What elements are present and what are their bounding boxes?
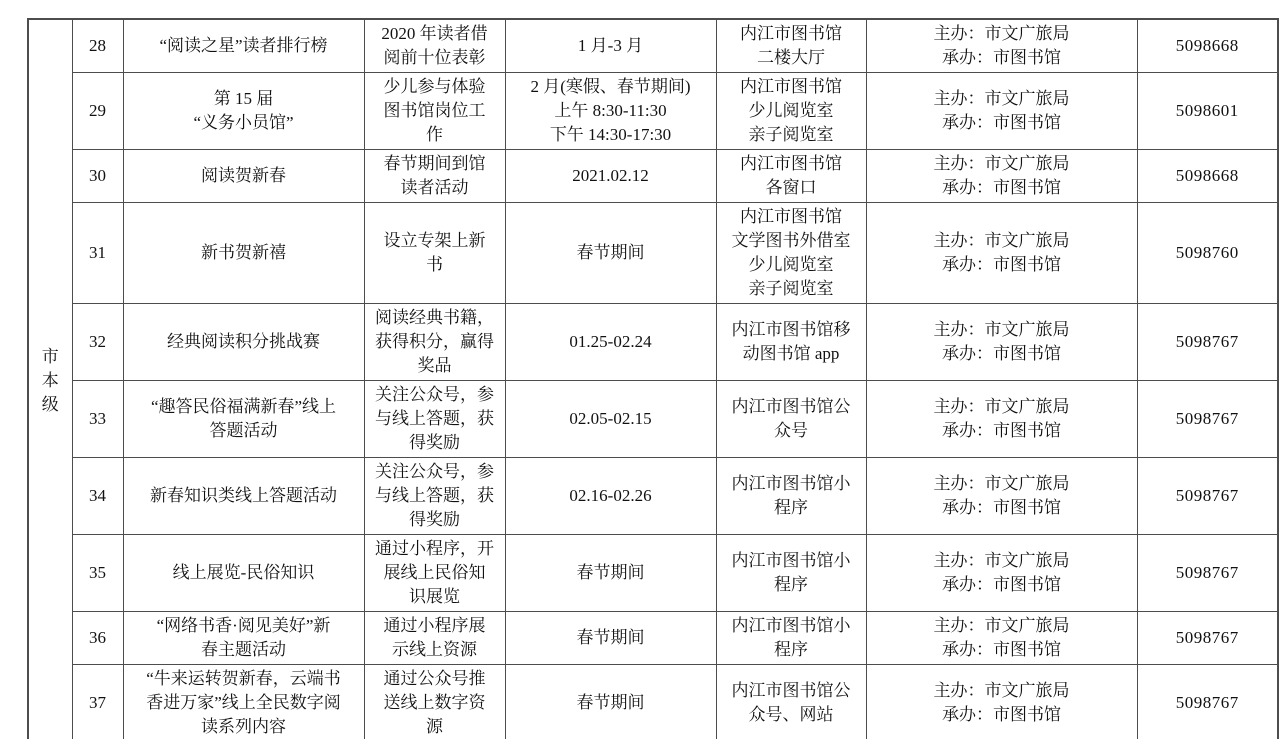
phone-number-cell: 5098601 bbox=[1137, 73, 1278, 150]
row-number-cell: 28 bbox=[72, 19, 123, 73]
activity-time-cell: 02.05-02.15 bbox=[505, 381, 716, 458]
row-number-cell: 34 bbox=[72, 458, 123, 535]
phone-number-cell: 5098668 bbox=[1137, 19, 1278, 73]
activity-content-cell: 关注公众号，参 与线上答题，获 得奖励 bbox=[364, 381, 505, 458]
activity-name-cell: 线上展览-民俗知识 bbox=[123, 535, 364, 612]
phone-number-cell: 5098767 bbox=[1137, 458, 1278, 535]
row-number-cell: 30 bbox=[72, 150, 123, 203]
activity-name-cell: “阅读之星”读者排行榜 bbox=[123, 19, 364, 73]
table-row: 31新书贺新禧设立专架上新 书春节期间内江市图书馆 文学图书外借室 少儿阅览室 … bbox=[28, 203, 1278, 304]
organizer-cell: 主办：市文广旅局 承办：市图书馆 bbox=[866, 150, 1137, 203]
row-number-cell: 32 bbox=[72, 304, 123, 381]
table-row: 市 本 级28“阅读之星”读者排行榜2020 年读者借 阅前十位表彰1 月-3 … bbox=[28, 19, 1278, 73]
activity-name-cell: 新春知识类线上答题活动 bbox=[123, 458, 364, 535]
activity-name-cell: 新书贺新禧 bbox=[123, 203, 364, 304]
table-row: 34新春知识类线上答题活动关注公众号，参 与线上答题，获 得奖励02.16-02… bbox=[28, 458, 1278, 535]
activity-location-cell: 内江市图书馆 文学图书外借室 少儿阅览室 亲子阅览室 bbox=[716, 203, 866, 304]
organizer-cell: 主办：市文广旅局 承办：市图书馆 bbox=[866, 19, 1137, 73]
phone-number-cell: 5098767 bbox=[1137, 381, 1278, 458]
table-row: 30阅读贺新春春节期间到馆 读者活动2021.02.12内江市图书馆 各窗口主办… bbox=[28, 150, 1278, 203]
activity-content-cell: 设立专架上新 书 bbox=[364, 203, 505, 304]
organizer-cell: 主办：市文广旅局 承办：市图书馆 bbox=[866, 304, 1137, 381]
activity-content-cell: 少儿参与体验 图书馆岗位工 作 bbox=[364, 73, 505, 150]
activity-content-cell: 春节期间到馆 读者活动 bbox=[364, 150, 505, 203]
phone-number-cell: 5098767 bbox=[1137, 665, 1278, 739]
region-label-cell: 市 本 级 bbox=[28, 19, 72, 739]
activities-table-body: 市 本 级28“阅读之星”读者排行榜2020 年读者借 阅前十位表彰1 月-3 … bbox=[28, 19, 1278, 739]
table-row: 33“趣答民俗福满新春”线上 答题活动关注公众号，参 与线上答题，获 得奖励02… bbox=[28, 381, 1278, 458]
row-number-cell: 35 bbox=[72, 535, 123, 612]
phone-number-cell: 5098668 bbox=[1137, 150, 1278, 203]
activity-location-cell: 内江市图书馆移 动图书馆 app bbox=[716, 304, 866, 381]
activity-name-cell: 阅读贺新春 bbox=[123, 150, 364, 203]
activity-location-cell: 内江市图书馆 少儿阅览室 亲子阅览室 bbox=[716, 73, 866, 150]
table-row: 32经典阅读积分挑战赛阅读经典书籍， 获得积分，赢得 奖品01.25-02.24… bbox=[28, 304, 1278, 381]
activity-location-cell: 内江市图书馆小 程序 bbox=[716, 612, 866, 665]
activity-location-cell: 内江市图书馆 二楼大厅 bbox=[716, 19, 866, 73]
activity-time-cell: 春节期间 bbox=[505, 612, 716, 665]
phone-number-cell: 5098767 bbox=[1137, 535, 1278, 612]
activity-content-cell: 通过小程序，开 展线上民俗知 识展览 bbox=[364, 535, 505, 612]
activity-location-cell: 内江市图书馆小 程序 bbox=[716, 458, 866, 535]
row-number-cell: 33 bbox=[72, 381, 123, 458]
activity-name-cell: “牛来运转贺新春，云端书 香进万家”线上全民数字阅 读系列内容 bbox=[123, 665, 364, 739]
organizer-cell: 主办：市文广旅局 承办：市图书馆 bbox=[866, 665, 1137, 739]
activity-location-cell: 内江市图书馆公 众号、网站 bbox=[716, 665, 866, 739]
activity-content-cell: 2020 年读者借 阅前十位表彰 bbox=[364, 19, 505, 73]
activity-location-cell: 内江市图书馆公 众号 bbox=[716, 381, 866, 458]
phone-number-cell: 5098767 bbox=[1137, 304, 1278, 381]
activity-time-cell: 1 月-3 月 bbox=[505, 19, 716, 73]
activity-content-cell: 阅读经典书籍， 获得积分，赢得 奖品 bbox=[364, 304, 505, 381]
activity-name-cell: 第 15 届 “义务小员馆” bbox=[123, 73, 364, 150]
row-number-cell: 37 bbox=[72, 665, 123, 739]
organizer-cell: 主办：市文广旅局 承办：市图书馆 bbox=[866, 612, 1137, 665]
activities-table: 市 本 级28“阅读之星”读者排行榜2020 年读者借 阅前十位表彰1 月-3 … bbox=[27, 18, 1279, 739]
activity-time-cell: 01.25-02.24 bbox=[505, 304, 716, 381]
organizer-cell: 主办：市文广旅局 承办：市图书馆 bbox=[866, 203, 1137, 304]
organizer-cell: 主办：市文广旅局 承办：市图书馆 bbox=[866, 73, 1137, 150]
activity-time-cell: 2 月(寒假、春节期间) 上午 8:30-11:30 下午 14:30-17:3… bbox=[505, 73, 716, 150]
activity-time-cell: 春节期间 bbox=[505, 665, 716, 739]
activity-content-cell: 关注公众号，参 与线上答题，获 得奖励 bbox=[364, 458, 505, 535]
organizer-cell: 主办：市文广旅局 承办：市图书馆 bbox=[866, 381, 1137, 458]
organizer-cell: 主办：市文广旅局 承办：市图书馆 bbox=[866, 458, 1137, 535]
activity-name-cell: “网络书香·阅见美好”新 春主题活动 bbox=[123, 612, 364, 665]
document-page: 市 本 级28“阅读之星”读者排行榜2020 年读者借 阅前十位表彰1 月-3 … bbox=[0, 0, 1280, 739]
activity-location-cell: 内江市图书馆 各窗口 bbox=[716, 150, 866, 203]
activity-content-cell: 通过小程序展 示线上资源 bbox=[364, 612, 505, 665]
row-number-cell: 36 bbox=[72, 612, 123, 665]
activity-time-cell: 2021.02.12 bbox=[505, 150, 716, 203]
table-row: 29第 15 届 “义务小员馆”少儿参与体验 图书馆岗位工 作2 月(寒假、春节… bbox=[28, 73, 1278, 150]
activity-location-cell: 内江市图书馆小 程序 bbox=[716, 535, 866, 612]
row-number-cell: 29 bbox=[72, 73, 123, 150]
organizer-cell: 主办：市文广旅局 承办：市图书馆 bbox=[866, 535, 1137, 612]
activity-content-cell: 通过公众号推 送线上数字资 源 bbox=[364, 665, 505, 739]
activity-time-cell: 春节期间 bbox=[505, 535, 716, 612]
table-row: 37“牛来运转贺新春，云端书 香进万家”线上全民数字阅 读系列内容通过公众号推 … bbox=[28, 665, 1278, 739]
table-row: 36“网络书香·阅见美好”新 春主题活动通过小程序展 示线上资源春节期间内江市图… bbox=[28, 612, 1278, 665]
activity-name-cell: 经典阅读积分挑战赛 bbox=[123, 304, 364, 381]
row-number-cell: 31 bbox=[72, 203, 123, 304]
activity-name-cell: “趣答民俗福满新春”线上 答题活动 bbox=[123, 381, 364, 458]
activity-time-cell: 春节期间 bbox=[505, 203, 716, 304]
phone-number-cell: 5098760 bbox=[1137, 203, 1278, 304]
activity-time-cell: 02.16-02.26 bbox=[505, 458, 716, 535]
table-row: 35线上展览-民俗知识通过小程序，开 展线上民俗知 识展览春节期间内江市图书馆小… bbox=[28, 535, 1278, 612]
phone-number-cell: 5098767 bbox=[1137, 612, 1278, 665]
